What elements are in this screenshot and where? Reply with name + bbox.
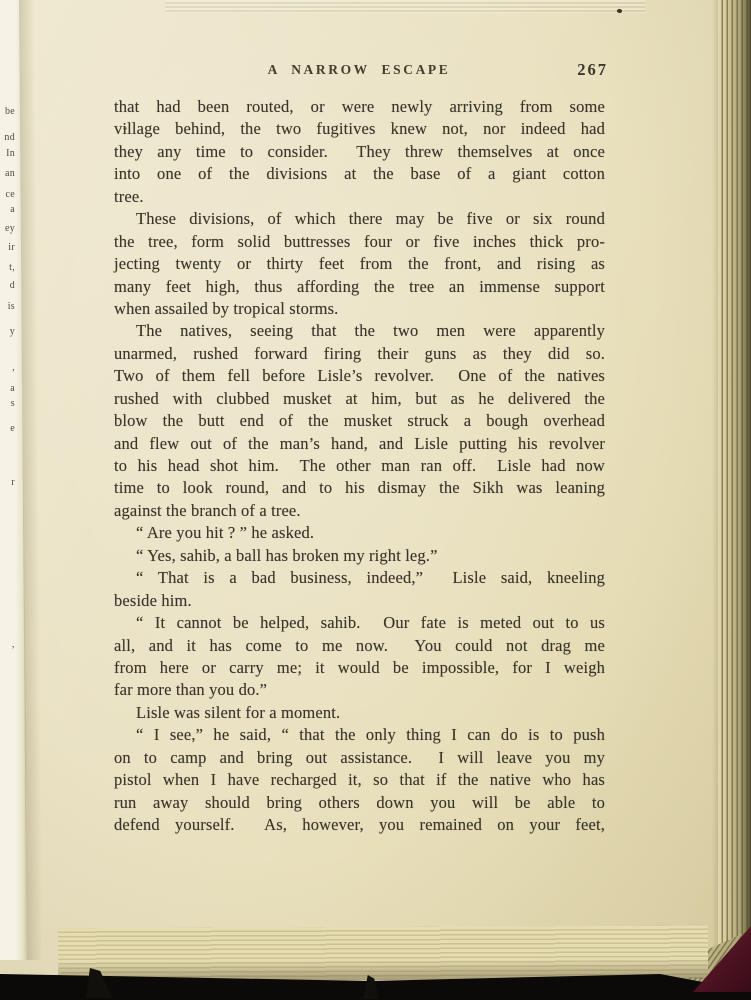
text-line: “ That is a bad business, indeed,” Lisle… <box>114 567 605 589</box>
running-title: A NARROW ESCAPE <box>114 62 604 78</box>
edge-text-fragment: e <box>0 423 15 434</box>
edge-text-fragment: In <box>0 148 15 159</box>
text-block: that had been routed, or were newly arri… <box>114 96 605 836</box>
text-line: many feet high, thus affording the tree … <box>114 276 605 298</box>
edge-text-fragment: t, <box>0 262 15 273</box>
edge-text-fragment: , <box>0 362 15 373</box>
text-line: village behind, the two fugitives knew n… <box>114 118 605 140</box>
edge-text-fragment: be <box>0 106 15 117</box>
paragraph: These divisions, of which there may be f… <box>114 208 605 320</box>
paragraph: “ Are you hit ? ” he asked. <box>114 522 605 544</box>
text-line: from here or carry me; it would be impos… <box>114 657 605 679</box>
text-line: that had been routed, or were newly arri… <box>114 96 605 118</box>
text-line: against the branch of a tree. <box>114 500 605 522</box>
paragraph: Lisle was silent for a moment. <box>114 702 605 724</box>
paragraph: “ Yes, sahib, a ball has broken my right… <box>114 545 605 567</box>
text-line: unarmed, rushed forward firing their gun… <box>114 343 605 365</box>
edge-text-fragment: a <box>0 204 15 215</box>
edge-text-fragment: is <box>0 301 15 312</box>
text-line: Lisle was silent for a moment. <box>114 702 605 724</box>
text-line: Two of them fell before Lisle’s revolver… <box>114 365 605 387</box>
edge-text-fragment: s <box>0 398 15 409</box>
text-line: “ Yes, sahib, a ball has broken my right… <box>114 545 605 567</box>
fore-edge-page-stack <box>718 0 751 952</box>
text-line: beside him. <box>114 590 605 612</box>
text-line: when assailed by tropical storms. <box>114 298 605 320</box>
scanned-book-photo: A NARROW ESCAPE 267 that had been routed… <box>0 0 751 1000</box>
edge-text-fragment: a <box>0 383 15 394</box>
text-line: pistol when I have recharged it, so that… <box>114 769 605 791</box>
text-line: and flew out of the man’s hand, and Lisl… <box>114 433 605 455</box>
edge-text-fragment: ir <box>0 242 15 253</box>
text-line: “ I see,” he said, “ that the only thing… <box>114 724 605 746</box>
edge-text-fragment: nd <box>0 132 15 143</box>
text-line: they any time to consider. They threw th… <box>114 141 605 163</box>
page-number: 267 <box>577 60 608 80</box>
paragraph: “ I see,” he said, “ that the only thing… <box>114 724 605 836</box>
text-line: to his head shot him. The other man ran … <box>114 455 605 477</box>
text-line: These divisions, of which there may be f… <box>114 208 605 230</box>
edge-text-fragment: y <box>0 326 15 337</box>
edge-text-fragment: an <box>0 168 15 179</box>
text-line: far more than you do.” <box>114 679 605 701</box>
text-line: all, and it has come to me now. You coul… <box>114 635 605 657</box>
text-line: jecting twenty or thirty feet from the f… <box>114 253 605 275</box>
text-line: time to look round, and to his dismay th… <box>114 477 605 499</box>
paragraph: The natives, seeing that the two men wer… <box>114 320 605 522</box>
text-line: The natives, seeing that the two men wer… <box>114 320 605 342</box>
text-line: defend yourself. As, however, you remain… <box>114 814 605 836</box>
edge-text-fragment: ey <box>0 223 15 234</box>
paragraph: that had been routed, or were newly arri… <box>114 96 605 208</box>
text-line: tree. <box>114 186 605 208</box>
text-line: blow the butt end of the musket struck a… <box>114 410 605 432</box>
page-header: A NARROW ESCAPE 267 <box>114 62 604 82</box>
text-line: into one of the divisions at the base of… <box>114 163 605 185</box>
text-line: run away should bring others down you wi… <box>114 792 605 814</box>
edge-text-fragment: ’ <box>0 645 15 656</box>
text-line: on to camp and bring out assistance. I w… <box>114 747 605 769</box>
text-line: “ Are you hit ? ” he asked. <box>114 522 605 544</box>
text-line: the tree, form solid buttresses four or … <box>114 231 605 253</box>
paragraph: “ That is a bad business, indeed,” Lisle… <box>114 567 605 612</box>
text-line: rushed with clubbed musket at him, but a… <box>114 388 605 410</box>
edge-text-fragment: r <box>0 477 15 488</box>
edge-text-fragment: d <box>0 280 15 291</box>
paragraph: “ It cannot be helped, sahib. Our fate i… <box>114 612 605 702</box>
top-page-edges <box>165 0 645 13</box>
edge-text-fragment: ce <box>0 189 15 200</box>
text-line: “ It cannot be helped, sahib. Our fate i… <box>114 612 605 634</box>
